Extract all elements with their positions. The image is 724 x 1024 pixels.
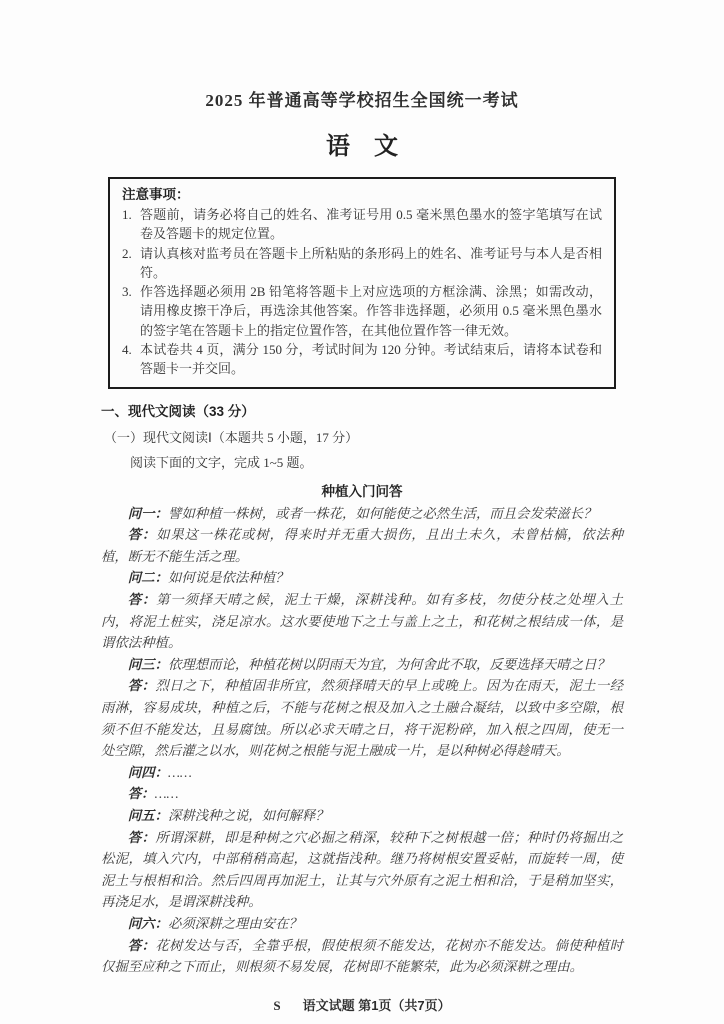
passage-paragraph: 问五：深耕浅种之说，如何解释？ — [101, 805, 623, 827]
notice-item-number: 2. — [122, 244, 140, 283]
notice-item: 1. 答题前，请务必将自己的姓名、准考证号用 0.5 毫米黑色墨水的签字笔填写在… — [122, 205, 602, 244]
passage-paragraph: 问三：依理想而论，种植花树以阴雨天为宜，为何舍此不取，反要选择天晴之日？ — [101, 654, 623, 676]
passage-paragraph: 问二：如何说是依法种植？ — [101, 567, 623, 589]
speaker-label: 答： — [128, 678, 156, 693]
passage-paragraph: 答：烈日之下，种植固非所宜，然须择晴天的早上或晚上。因为在雨天，泥土一经雨淋，容… — [101, 675, 623, 761]
paragraph-text: …… — [155, 786, 179, 801]
paragraph-text: 第一须择天晴之候，泥土干燥，深耕浅种。如有多枝，勿使分枝之处埋入土内，将泥土桩实… — [101, 592, 623, 650]
paragraph-text: 依理想而论，种植花树以阴雨天为宜，为何舍此不取，反要选择天晴之日？ — [168, 657, 610, 672]
speaker-label: 问四： — [128, 765, 168, 780]
paragraph-text: 深耕浅种之说，如何解释？ — [168, 808, 329, 823]
passage-title: 种植入门问答 — [0, 480, 724, 500]
paragraph-text: 所谓深耕，即是种树之穴必掘之稍深，较种下之树根越一倍；种时仍将掘出之松泥，填入穴… — [101, 830, 623, 910]
speaker-label: 问一： — [128, 506, 168, 521]
speaker-label: 答： — [128, 938, 156, 953]
speaker-label: 答： — [128, 592, 156, 607]
passage-paragraph: 答：花树发达与否，全靠乎根，假使根须不能发达，花树亦不能发达。倘使种植时仅掘至应… — [101, 935, 623, 978]
speaker-label: 问五： — [128, 808, 168, 823]
paragraph-text: 花树发达与否，全靠乎根，假使根须不能发达，花树亦不能发达。倘使种植时仅掘至应种之… — [101, 938, 623, 975]
notice-item-text: 本试卷共 4 页，满分 150 分，考试时间为 120 分钟。考试结束后，请将本… — [140, 340, 602, 379]
page-footer: S语文试题 第1页（共7页） — [0, 995, 724, 1014]
subject-title: 语 文 — [0, 126, 724, 161]
notice-item-text: 作答选择题必须用 2B 铅笔将答题卡上对应选项的方框涂满、涂黑；如需改动，请用橡… — [140, 282, 602, 340]
paper-code: S — [273, 998, 280, 1013]
passage-paragraph: 答：…… — [101, 783, 623, 805]
notice-item: 3. 作答选择题必须用 2B 铅笔将答题卡上对应选项的方框涂满、涂黑；如需改动，… — [122, 282, 602, 340]
notice-item-number: 4. — [122, 340, 140, 379]
notice-item-text: 答题前，请务必将自己的姓名、准考证号用 0.5 毫米黑色墨水的签字笔填写在试卷及… — [140, 205, 602, 244]
paragraph-text: 如何说是依法种植？ — [168, 570, 289, 585]
paragraph-text: 必须深耕之理由安在？ — [168, 916, 302, 931]
notice-item-number: 1. — [122, 205, 140, 244]
paragraph-text: …… — [168, 765, 192, 780]
notice-item: 4. 本试卷共 4 页，满分 150 分，考试时间为 120 分钟。考试结束后，… — [122, 340, 602, 379]
exam-title: 2025 年普通高等学校招生全国统一考试 — [0, 86, 724, 111]
notice-item-text: 请认真核对监考员在答题卡上所粘贴的条形码上的姓名、准考证号与本人是否相符。 — [140, 244, 602, 283]
notice-box: 注意事项： 1. 答题前，请务必将自己的姓名、准考证号用 0.5 毫米黑色墨水的… — [108, 177, 616, 389]
speaker-label: 问三： — [128, 657, 168, 672]
notice-item: 2. 请认真核对监考员在答题卡上所粘贴的条形码上的姓名、准考证号与本人是否相符。 — [122, 244, 602, 283]
passage-paragraph: 答：第一须择天晴之候，泥土干燥，深耕浅种。如有多枝，勿使分枝之处埋入土内，将泥土… — [101, 589, 623, 654]
passage-paragraph: 问四：…… — [101, 762, 623, 784]
notice-heading: 注意事项： — [122, 185, 602, 205]
section-heading: 一、现代文阅读（33 分） — [101, 402, 724, 421]
passage-paragraph: 问一：譬如种植一株树，或者一株花，如何能使之必然生活，而且会发荣滋长？ — [101, 503, 623, 525]
paragraph-text: 如果这一株花或树，得来时并无重大损伤，且出土未久，未曾枯槁，依法种植，断无不能生… — [101, 527, 623, 564]
speaker-label: 问二： — [128, 570, 168, 585]
paragraph-text: 烈日之下，种植固非所宜，然须择晴天的早上或晚上。因为在雨天，泥土一经雨淋，容易成… — [101, 678, 623, 758]
exam-paper-page: 2025 年普通高等学校招生全国统一考试 语 文 注意事项： 1. 答题前，请务… — [0, 0, 724, 1024]
speaker-label: 答： — [128, 786, 155, 801]
passage-paragraph: 答：所谓深耕，即是种树之穴必掘之稍深，较种下之树根越一倍；种时仍将掘出之松泥，填… — [101, 827, 623, 913]
speaker-label: 问六： — [128, 916, 168, 931]
passage-paragraph: 答：如果这一株花或树，得来时并无重大损伤，且出土未久，未曾枯槁，依法种植，断无不… — [101, 524, 623, 567]
part-heading: （一）现代文阅读Ⅰ（本题共 5 小题，17 分） — [104, 428, 724, 447]
passage-paragraph: 问六：必须深耕之理由安在？ — [101, 913, 623, 935]
reading-passage: 问一：譬如种植一株树，或者一株花，如何能使之必然生活，而且会发荣滋长？ 答：如果… — [101, 503, 623, 978]
footer-label: 语文试题 第1页（共7页） — [303, 998, 451, 1013]
speaker-label: 答： — [128, 830, 156, 845]
paragraph-text: 譬如种植一株树，或者一株花，如何能使之必然生活，而且会发荣滋长？ — [168, 506, 597, 521]
speaker-label: 答： — [128, 527, 156, 542]
reading-instruction: 阅读下面的文字，完成 1~5 题。 — [130, 453, 724, 472]
notice-item-number: 3. — [122, 282, 140, 340]
